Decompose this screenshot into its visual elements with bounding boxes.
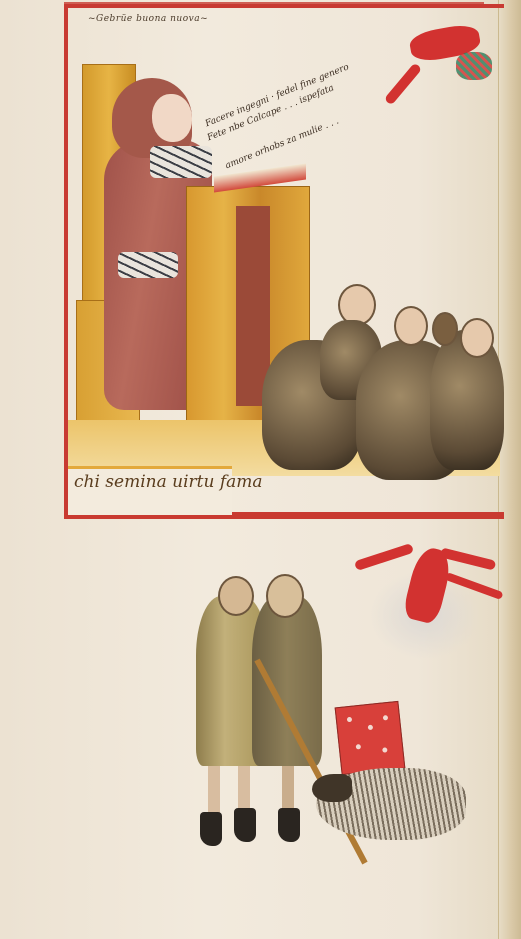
boot bbox=[278, 808, 300, 842]
friar-2-head bbox=[394, 306, 428, 346]
manuscript-page: ~Gebrüe buona nuova~ Facere ingegni · fe… bbox=[0, 0, 521, 939]
ermine-trim-lap bbox=[118, 252, 178, 278]
banner-dot bbox=[368, 725, 373, 730]
caption-text: chi semina uirtu fama bbox=[74, 472, 263, 492]
banner-dot bbox=[356, 744, 361, 749]
boot bbox=[234, 808, 256, 842]
angel-upper-wing bbox=[456, 52, 492, 80]
rubric-heading: ~Gebrüe buona nuova~ bbox=[88, 14, 208, 24]
shepherd-right-head bbox=[266, 574, 304, 618]
banner-dot bbox=[382, 747, 387, 752]
banner-dot bbox=[383, 715, 388, 720]
friar-4-head bbox=[432, 312, 458, 346]
leg bbox=[208, 766, 220, 816]
friar-3-head bbox=[460, 318, 494, 358]
shepherd-left-head bbox=[218, 576, 254, 616]
boot bbox=[200, 812, 222, 846]
ermine-trim-collar bbox=[150, 146, 212, 178]
red-banner bbox=[335, 701, 406, 775]
ram-head bbox=[312, 774, 352, 802]
teacher-face bbox=[152, 94, 192, 142]
banner-dot bbox=[347, 717, 352, 722]
shepherd-right-cloak bbox=[252, 596, 322, 766]
angel-lower-wing-left bbox=[354, 543, 414, 571]
